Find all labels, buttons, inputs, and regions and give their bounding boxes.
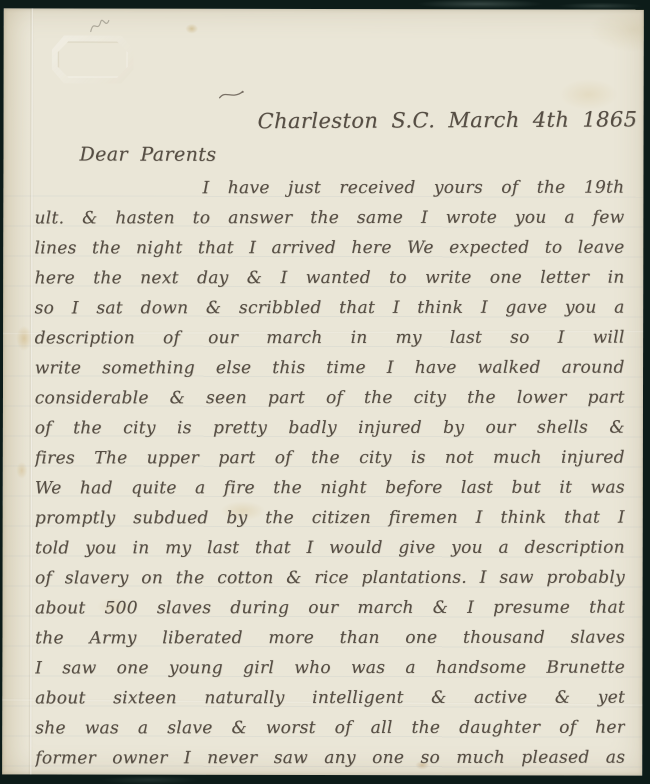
letter-line: so I sat down & scribbled that I think I… bbox=[35, 293, 625, 324]
letter-line: I saw one young girl who was a handsome … bbox=[35, 653, 625, 684]
fold-crease-vertical bbox=[28, 8, 34, 774]
letter-line: promptly subdued by the citizen firemen … bbox=[35, 503, 625, 534]
letter-line: about 500 slaves during our march & I pr… bbox=[35, 593, 625, 624]
salutation: Dear Parents bbox=[79, 139, 216, 169]
letter-line: fires The upper part of the city is not … bbox=[35, 443, 625, 474]
letter-line: of slavery on the cotton & rice plantati… bbox=[35, 563, 625, 594]
scanner-background: Charleston S.C. March 4th 1865 Dear Pare… bbox=[0, 0, 650, 784]
embossed-seal-icon bbox=[52, 35, 134, 83]
letter-page: Charleston S.C. March 4th 1865 Dear Pare… bbox=[2, 8, 644, 775]
letter-line: ult. & hasten to answer the same I wrote… bbox=[34, 203, 624, 234]
letter-line: about sixteen naturally intelligent & ac… bbox=[35, 683, 625, 714]
ink-mark-icon bbox=[218, 87, 246, 103]
letter-body: I have just received yours of the 19thul… bbox=[34, 173, 625, 774]
letter-line: I have just received yours of the 19th bbox=[34, 173, 624, 204]
pencil-scribble-icon bbox=[88, 15, 112, 37]
letter-line: here the next day & I wanted to write on… bbox=[35, 263, 625, 294]
letter-line: the Army liberated more than one thousan… bbox=[35, 623, 625, 654]
letter-line: We had quite a fire the night before las… bbox=[35, 473, 625, 504]
letter-line: she was a slave & worst of all the daugh… bbox=[35, 713, 625, 744]
letter-line: of the city is pretty badly injured by o… bbox=[35, 413, 625, 444]
letter-line: told you in my last that I would give yo… bbox=[35, 533, 625, 564]
letter-line: lines the night that I arrived here We e… bbox=[34, 233, 624, 264]
dateline: Charleston S.C. March 4th 1865 bbox=[257, 103, 637, 137]
letter-line: former owner I never saw any one so much… bbox=[35, 743, 625, 774]
letter-line: description of our march in my last so I… bbox=[35, 323, 625, 354]
embossed-seal-inner bbox=[58, 41, 128, 77]
letter-line: write something else this time I have wa… bbox=[35, 353, 625, 384]
letter-line: considerable & seen part of the city the… bbox=[35, 383, 625, 414]
